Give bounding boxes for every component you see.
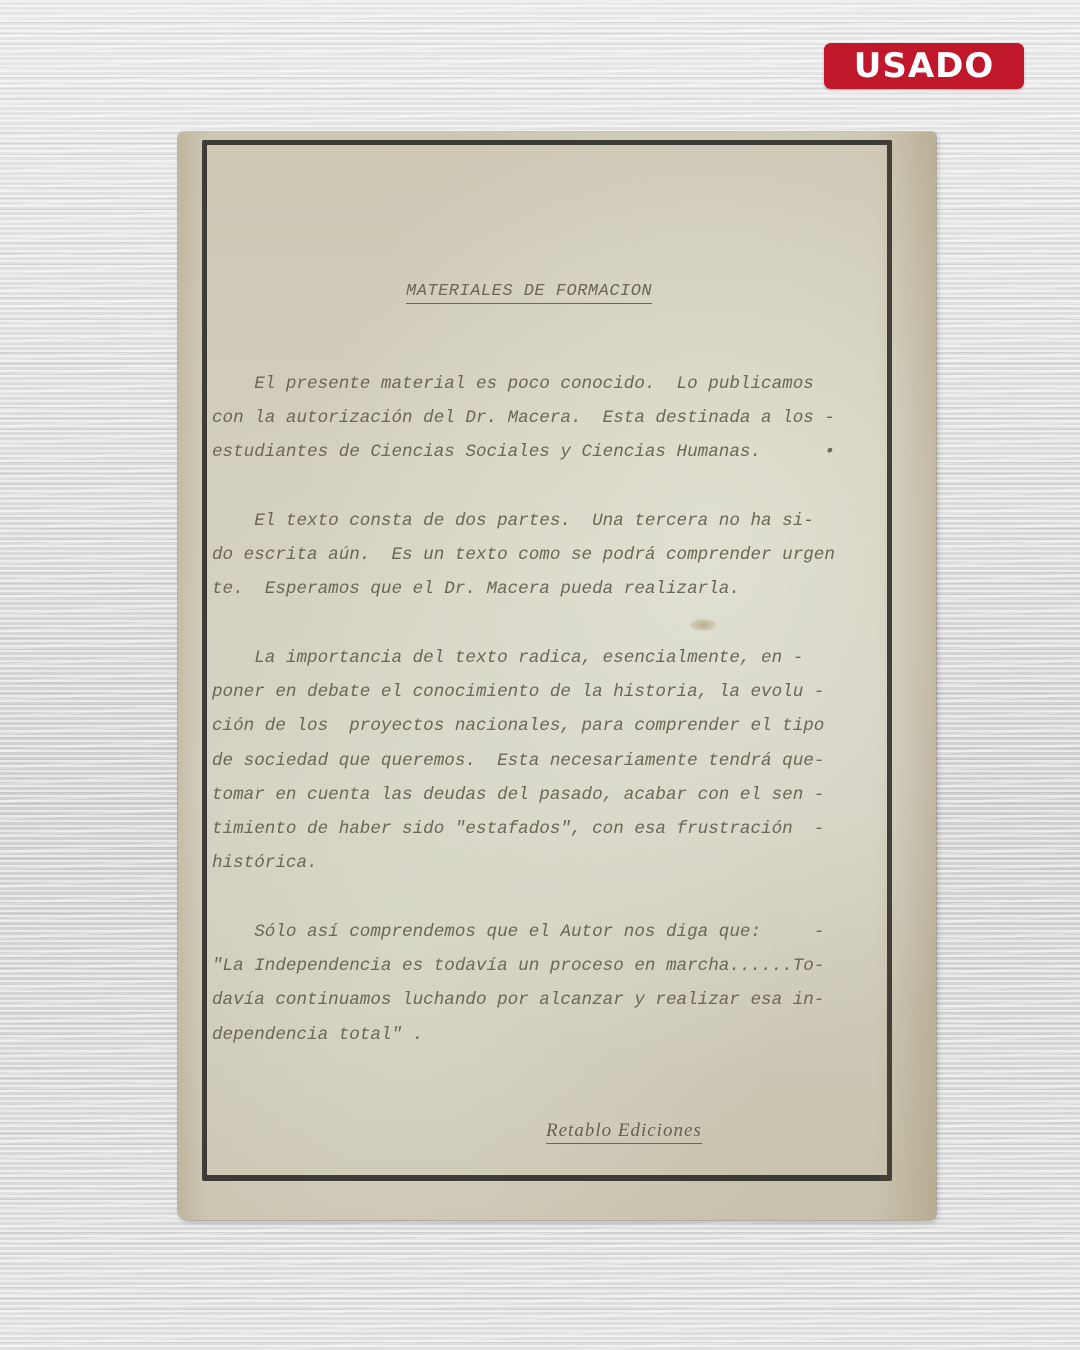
text-line: do escrita aún. Es un texto como se podr…: [212, 538, 862, 572]
text-line: tomar en cuenta las deudas del pasado, a…: [212, 778, 862, 812]
paragraph-3: La importancia del texto radica, esencia…: [212, 641, 862, 880]
paper-stain: [690, 619, 716, 631]
text-line: poner en debate el conocimiento de la hi…: [212, 675, 862, 709]
text-line: "La Independencia es todavía un proceso …: [212, 949, 862, 983]
text-line: El presente material es poco conocido. L…: [212, 367, 862, 401]
text-line: davía continuamos luchando por alcanzar …: [212, 983, 862, 1017]
paragraph-2: El texto consta de dos partes. Una terce…: [212, 504, 862, 607]
publisher-signature: Retablo Ediciones: [546, 1120, 702, 1144]
document-page: MATERIALES DE FORMACION El presente mate…: [178, 132, 936, 1220]
text-line: La importancia del texto radica, esencia…: [212, 641, 862, 675]
paragraph-1: El presente material es poco conocido. L…: [212, 367, 862, 470]
paragraph-4-quote: Sólo así comprendemos que el Autor nos d…: [212, 915, 862, 1052]
text-line: histórica.: [212, 846, 862, 880]
text-line: estudiantes de Ciencias Sociales y Cienc…: [212, 435, 862, 469]
text-line: de sociedad que queremos. Esta necesaria…: [212, 744, 862, 778]
text-line: con la autorización del Dr. Macera. Esta…: [212, 401, 862, 435]
text-line: El texto consta de dos partes. Una terce…: [212, 504, 862, 538]
used-condition-badge: USADO: [824, 43, 1024, 89]
text-line: ción de los proyectos nacionales, para c…: [212, 709, 862, 743]
text-line: dependencia total" .: [212, 1018, 862, 1052]
text-line: Sólo así comprendemos que el Autor nos d…: [212, 915, 862, 949]
text-line: timiento de haber sido "estafados", con …: [212, 812, 862, 846]
text-line: te. Esperamos que el Dr. Macera pueda re…: [212, 572, 862, 606]
document-title: MATERIALES DE FORMACION: [406, 282, 652, 304]
